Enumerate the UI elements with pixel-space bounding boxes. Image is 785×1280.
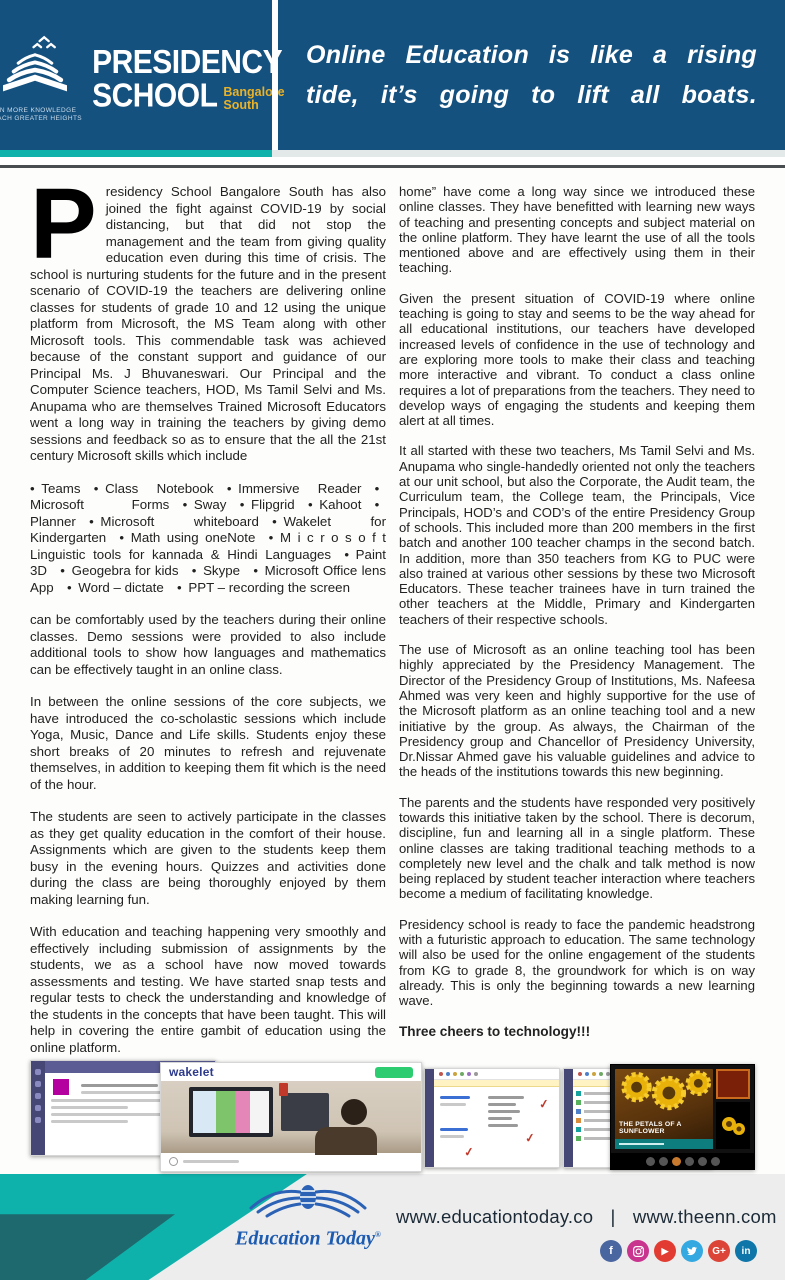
onenote-section-list [573, 1087, 615, 1149]
school-motto-line1: GAIN MORE KNOWLEDGE [0, 107, 82, 115]
wakelet-logo: wakelet [169, 1065, 214, 1079]
red-check-mark: ✓ [538, 1096, 550, 1111]
paragraph-text: The parents and the students have respon… [399, 795, 755, 902]
article-right-column: home” have come a long way since we intr… [399, 184, 755, 1060]
header-accent-strip [0, 150, 785, 157]
onenote-toolbar [434, 1069, 559, 1080]
paragraph-text: It all started with these two teachers, … [399, 443, 755, 627]
paragraph-text: can be comfortably used by the teachers … [30, 612, 386, 678]
sunflower-illustration [615, 1069, 713, 1121]
drop-cap: P [30, 184, 106, 266]
teams-rail [564, 1069, 573, 1167]
page-header: GAIN MORE KNOWLEDGE REACH GREATER HEIGHT… [0, 0, 785, 150]
school-motto-line2: REACH GREATER HEIGHTS [0, 115, 82, 123]
header-quote: Online Education is like a rising tide, … [306, 35, 757, 115]
slide-caption-bar [615, 1139, 713, 1149]
paragraph-text: Given the present situation of COVID-19 … [399, 291, 755, 429]
red-check-mark: ✓ [463, 1144, 475, 1159]
education-today-emblem-icon [245, 1182, 371, 1218]
instagram-icon[interactable] [627, 1240, 649, 1262]
sunflower-presentation-slide: THE PETALS OF A SUNFLOWER [615, 1069, 713, 1149]
paragraph-text: The use of Microsoft as an online teachi… [399, 642, 755, 780]
facebook-icon[interactable]: f [600, 1240, 622, 1262]
footer-links: www.educationtoday.co | www.theenn.com [396, 1206, 777, 1228]
closing-line: Three cheers to technology!!! [399, 1024, 755, 1039]
paragraph-text: home” have come a long way since we intr… [399, 184, 755, 276]
paragraph-text: With education and teaching happening ve… [30, 924, 386, 1056]
google-plus-icon[interactable]: G+ [708, 1240, 730, 1262]
article-left-column: Presidency School Bangalore South has al… [30, 184, 386, 1060]
teams-sidebar [31, 1061, 45, 1155]
theenn-url-link[interactable]: www.theenn.com [633, 1206, 777, 1227]
linkedin-icon[interactable]: in [735, 1240, 757, 1262]
onenote-infobar [434, 1080, 559, 1087]
social-icons-row: f ▶ G+ in [600, 1240, 757, 1262]
paragraph-text: In between the online sessions of the co… [30, 694, 386, 793]
meeting-controls-bar [611, 1153, 754, 1169]
student-at-computer-photo [161, 1081, 421, 1153]
screenshot-wakelet: wakelet [160, 1062, 422, 1172]
wakelet-save-button [375, 1067, 413, 1078]
screenshot-onenote-math: ✓ ✓ ✓ [424, 1068, 560, 1168]
education-today-wordmark: Education Today [235, 1228, 375, 1250]
school-name-line2: SCHOOL [92, 79, 217, 113]
url-separator: | [611, 1206, 616, 1227]
registered-mark: ® [375, 1230, 381, 1239]
screenshot-teams-meeting: THE PETALS OF A SUNFLOWER [610, 1064, 755, 1170]
participant-video-tile [716, 1102, 750, 1149]
red-check-mark: ✓ [524, 1130, 536, 1145]
paragraph-text: The students are seen to actively partic… [30, 809, 386, 908]
school-name-line1: PRESIDENCY [92, 46, 284, 80]
teams-rail [425, 1069, 434, 1167]
page-footer: Education Today® www.educationtoday.co |… [0, 1174, 785, 1280]
teams-channel-avatar [53, 1079, 69, 1095]
slide-title: THE PETALS OF A SUNFLOWER [619, 1121, 713, 1135]
educationtoday-url-link[interactable]: www.educationtoday.co [396, 1206, 593, 1227]
paragraph-text: Presidency school is ready to face the p… [399, 917, 755, 1009]
education-today-logo: Education Today® [228, 1182, 388, 1249]
wakelet-avatar [169, 1157, 178, 1166]
school-logo: GAIN MORE KNOWLEDGE REACH GREATER HEIGHT… [0, 0, 272, 150]
school-crest-icon [0, 35, 74, 104]
header-gap [0, 157, 785, 165]
paragraph: Presidency School Bangalore South has al… [30, 184, 386, 465]
screenshots-strip: wakelet [30, 1060, 755, 1174]
participant-video-tile [716, 1069, 750, 1099]
article-body: Presidency School Bangalore South has al… [0, 168, 785, 1060]
tools-bullet-list: • Teams • Class Notebook • Immersive Rea… [30, 481, 386, 597]
youtube-icon[interactable]: ▶ [654, 1240, 676, 1262]
twitter-icon[interactable] [681, 1240, 703, 1262]
